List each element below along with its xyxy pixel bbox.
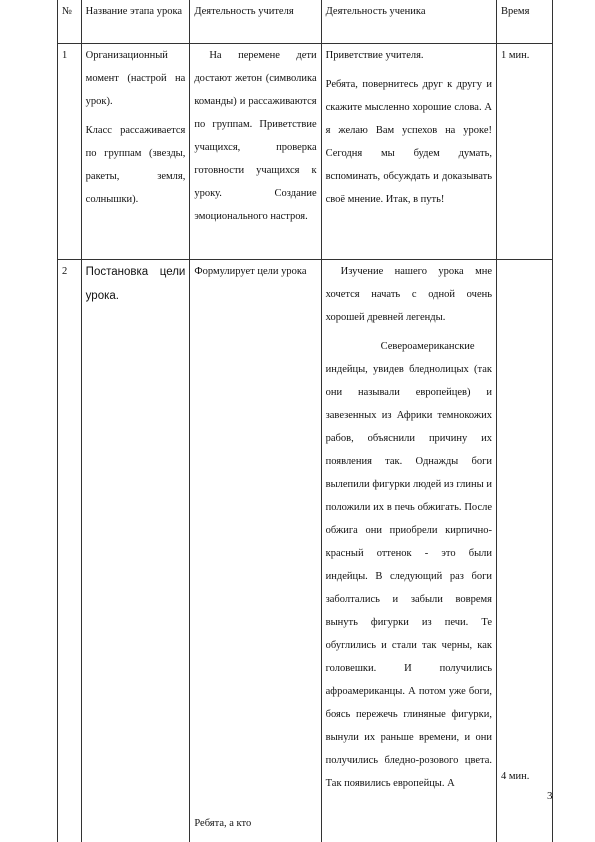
teacher-text-continued: Ребята, а кто — [194, 812, 251, 835]
row-teacher: Формулирует цели урока Ребята, а кто — [190, 260, 321, 842]
table-row: 2 Постановка цели урока. Формулирует цел… — [58, 260, 553, 842]
row-num: 2 — [58, 260, 82, 842]
teacher-text: Формулирует цели урока — [194, 260, 316, 283]
row-num: 1 — [58, 44, 82, 260]
header-teacher: Деятельность учителя — [190, 0, 321, 44]
student-text: Ребята, повернитесь друг к другу и скажи… — [326, 73, 492, 211]
table-row: 1 Организационный момент (настрой на уро… — [58, 44, 553, 260]
time-text: 4 мин. — [501, 765, 529, 788]
lesson-plan-table: № Название этапа урока Деятельность учит… — [57, 0, 553, 842]
row-stage: Организационный момент (настрой на урок)… — [81, 44, 190, 260]
table-header-row: № Название этапа урока Деятельность учит… — [58, 0, 553, 44]
document-page: № Название этапа урока Деятельность учит… — [0, 0, 595, 842]
student-text: Приветствие учителя. — [326, 44, 492, 67]
student-text: Изучение нашего урока мне хочется начать… — [326, 260, 492, 329]
row-time: 4 мин. — [497, 260, 553, 842]
page-number: 3 — [547, 790, 553, 802]
row-student: Изучение нашего урока мне хочется начать… — [321, 260, 496, 842]
row-student: Приветствие учителя. Ребята, повернитесь… — [321, 44, 496, 260]
teacher-text: На перемене дети достают жетон (символик… — [194, 44, 316, 228]
row-time: 1 мин. — [497, 44, 553, 260]
stage-text: Класс рассаживается по группам (звезды, … — [86, 119, 186, 211]
stage-text: Организационный момент (настрой на урок)… — [86, 44, 186, 113]
header-num: № — [58, 0, 82, 44]
header-stage: Название этапа урока — [81, 0, 190, 44]
student-text: Североамериканские индейцы, увидев бледн… — [326, 335, 492, 795]
header-student: Деятельность ученика — [321, 0, 496, 44]
header-time: Время — [497, 0, 553, 44]
stage-text: Постановка цели урока. — [86, 260, 186, 308]
row-stage: Постановка цели урока. — [81, 260, 190, 842]
row-teacher: На перемене дети достают жетон (символик… — [190, 44, 321, 260]
